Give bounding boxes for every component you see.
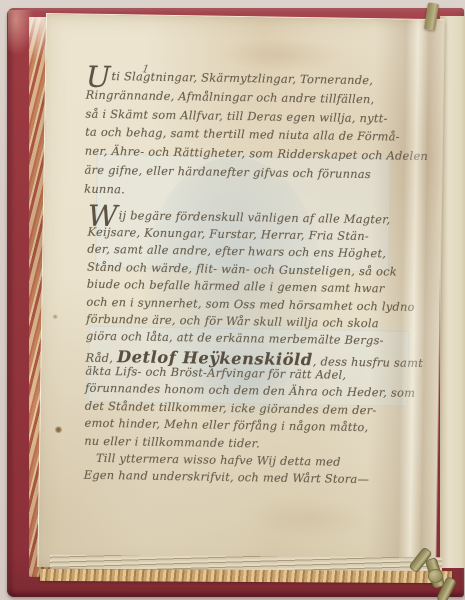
manuscript-text-segment: Keijsare, Konungar, Furstar, Herrar, Fri…	[87, 225, 369, 243]
manuscript-text-segment: äkta Lifs- och Bröst-Arfvingar för rätt …	[85, 364, 346, 382]
top-tan-stain	[216, 37, 347, 73]
manuscript-page: 1 Uti Slagtningar, Skärmytzlingar, Torne…	[37, 13, 444, 573]
manuscript-text-segment: kunna.	[84, 181, 125, 196]
manuscript-text-segment: Råd,	[85, 350, 117, 364]
ribbon-knot	[428, 569, 443, 583]
ribbon-tie-bottom	[408, 543, 465, 600]
page-curl-shading	[366, 19, 445, 573]
underlying-page-edge	[440, 16, 465, 568]
book-scan-photo: 1 Uti Slagtningar, Skärmytzlingar, Torne…	[0, 0, 465, 600]
manuscript-text-segment: Till yttermera wisso hafve Wij detta med	[96, 451, 341, 469]
ink-spot-stain	[54, 426, 62, 433]
foxing-spot	[52, 314, 58, 319]
manuscript-text-segment: ij begäre fördenskull vänligen af alle M…	[119, 208, 391, 226]
bottom-foxing-stain	[249, 497, 370, 539]
speckled-page-edge	[40, 569, 452, 583]
manuscript-text-segment: nu eller i tillkommande tider.	[84, 433, 260, 450]
manuscript-text-segment: ti Slagtningar, Skärmytzlingar, Torneran…	[111, 69, 373, 87]
